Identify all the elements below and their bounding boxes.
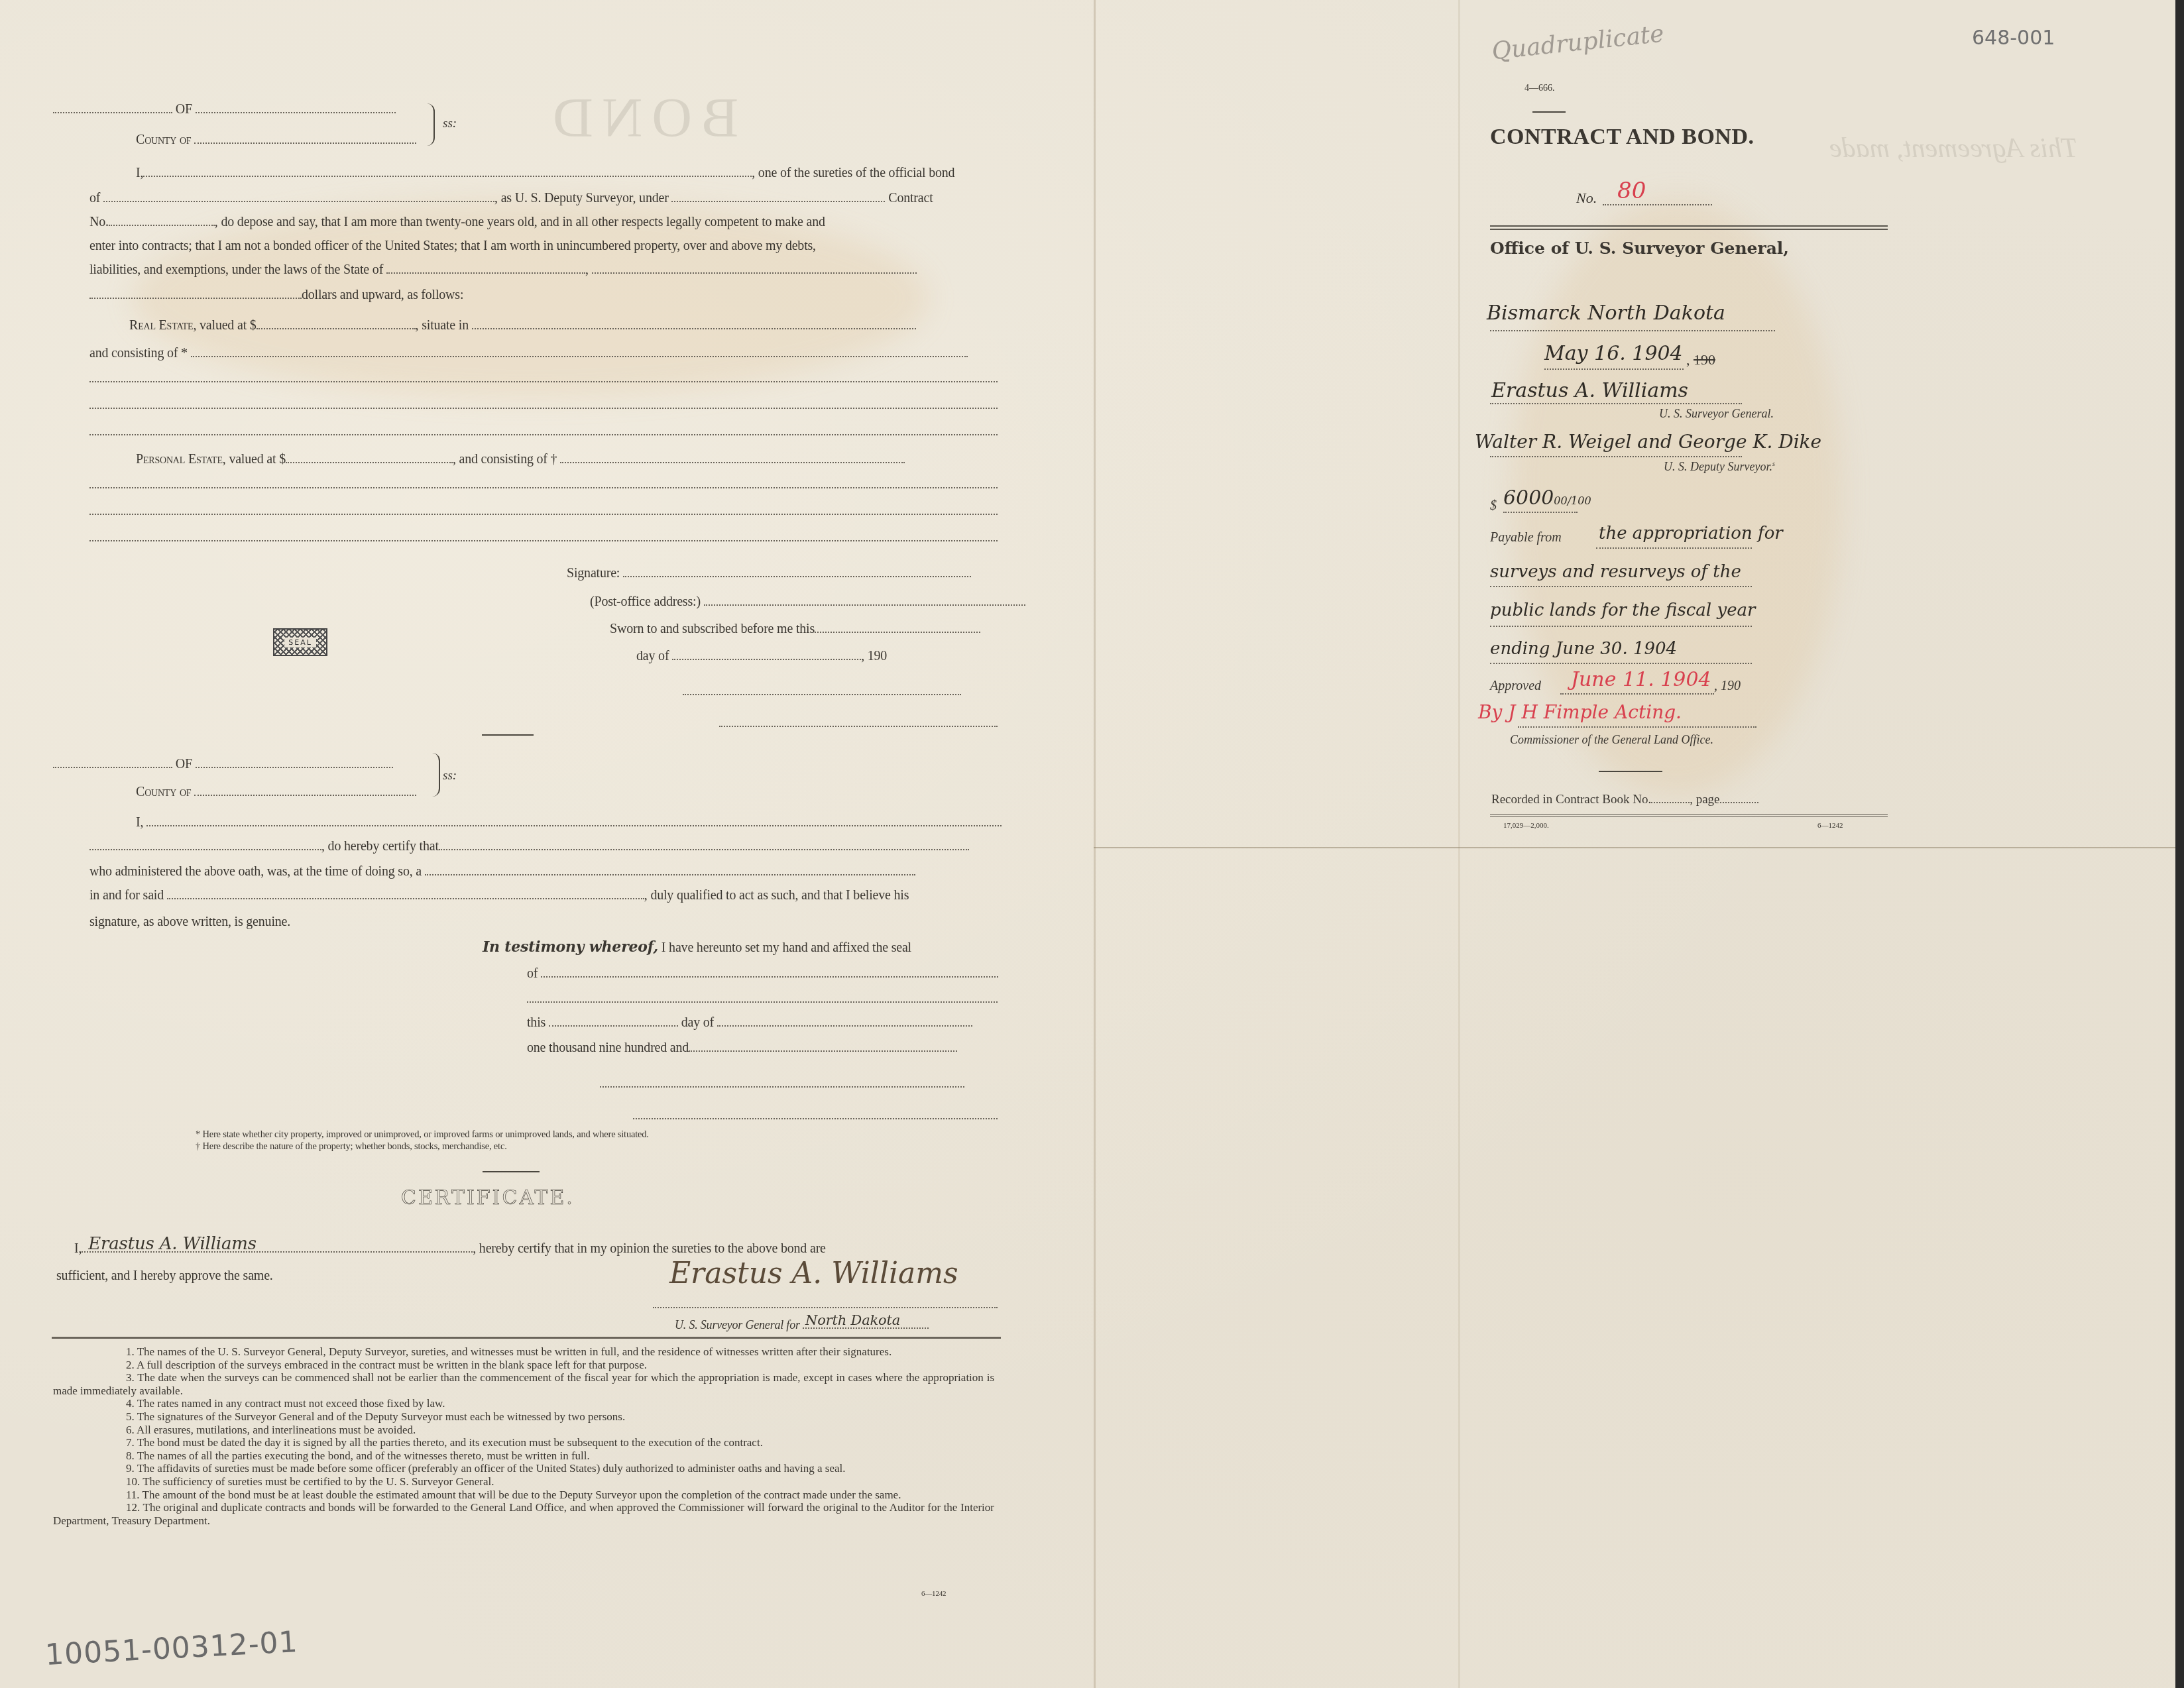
payable-field xyxy=(1490,626,1752,627)
cert-line-1: I, xyxy=(136,814,1002,831)
amount-field xyxy=(1503,512,1578,513)
surveyor-general-signature: Erastus A. Williams xyxy=(669,1257,958,1290)
number-field xyxy=(1603,204,1712,205)
amount-symbol: $ xyxy=(1490,498,1497,514)
instruction-item: 12. The original and duplicate contracts… xyxy=(53,1501,994,1527)
blank-line xyxy=(527,990,998,1007)
footnote-real-estate: * Here state whether city property, impr… xyxy=(196,1129,649,1141)
divider xyxy=(1532,111,1566,113)
instruction-item: 1. The names of the U. S. Surveyor Gener… xyxy=(53,1345,994,1359)
handwritten-location: Bismarck North Dakota xyxy=(1487,302,1725,325)
certificate-line-1: I,Erastus A. Williams, hereby certify th… xyxy=(74,1238,826,1257)
divider xyxy=(482,734,534,736)
double-rule xyxy=(1490,814,1888,817)
double-rule xyxy=(1490,225,1888,230)
ss-label: ss: xyxy=(443,117,457,131)
ss-label: ss: xyxy=(443,769,457,783)
recorded-line: Recorded in Contract Book No., page xyxy=(1491,793,1758,807)
officer-signature-line xyxy=(683,683,961,700)
affidavit-line-2: of , as U. S. Deputy Surveyor, under Con… xyxy=(89,190,933,207)
instruction-item: 3. The date when the surveys can be comm… xyxy=(53,1371,994,1397)
cert-venue-state-line: OF xyxy=(53,756,393,773)
signature-rule xyxy=(653,1296,998,1313)
approval-date-field xyxy=(1560,693,1714,695)
payable-field xyxy=(1490,586,1752,587)
handwritten-amount: 600000/100 xyxy=(1503,486,1591,510)
divider xyxy=(52,1337,1001,1339)
certificate-line-2: sufficient, and I hereby approve the sam… xyxy=(56,1267,273,1284)
blank-line xyxy=(89,529,998,546)
affidavit-line-5: liabilities, and exemptions, under the l… xyxy=(89,261,917,278)
handwritten-state: North Dakota xyxy=(805,1312,900,1329)
brace xyxy=(426,103,435,146)
location-field xyxy=(1490,330,1775,331)
sworn-line: Sworn to and subscribed before me this xyxy=(610,620,980,638)
instructions-list: 1. The names of the U. S. Surveyor Gener… xyxy=(53,1345,994,1527)
handwritten-payable-line: public lands for the fiscal year xyxy=(1490,600,1755,620)
testimony-year-line: one thousand nine hundred and xyxy=(527,1039,957,1056)
officer-signature-line xyxy=(600,1075,964,1092)
cert-line-3: who administered the above oath, was, at… xyxy=(89,863,915,880)
deputy-field xyxy=(1490,456,1742,457)
testimony-of-line: of xyxy=(527,965,998,982)
divider xyxy=(1599,771,1662,772)
handwritten-contract-date: May 16. 1904 xyxy=(1544,342,1683,365)
handwritten-approval-date: June 11. 1904 xyxy=(1571,668,1711,691)
real-estate-line: Real Estate, valued at $, situate in xyxy=(129,317,916,334)
personal-estate-line: Personal Estate, valued at $, and consis… xyxy=(136,451,905,468)
cert-venue-county-line: County of xyxy=(136,783,416,801)
approved-year: , 190 xyxy=(1714,679,1741,694)
real-consisting-line: and consisting of * xyxy=(89,345,968,362)
cert-line-2: , do hereby certify that xyxy=(89,838,969,855)
affidavit-line-1: I,, one of the sureties of the official … xyxy=(136,164,954,182)
affidavit-line-6: dollars and upward, as follows: xyxy=(89,286,463,304)
affidavit-line-4: enter into contracts; that I am not a bo… xyxy=(89,237,816,254)
bleedthrough-text: This Agreement, made xyxy=(1829,133,2077,164)
pencil-note-quadruplicate: Quadruplicate xyxy=(1491,20,1666,65)
surveyor-general-label: U. S. Surveyor General. xyxy=(1659,407,1774,421)
sworn-date-line: day of , 190 xyxy=(636,647,887,665)
instruction-item: 8. The names of all the parties executin… xyxy=(53,1449,994,1463)
seal-stamp: SEAL xyxy=(273,628,327,656)
surveyor-general-field xyxy=(1490,403,1742,404)
instruction-item: 2. A full description of the surveys emb… xyxy=(53,1359,994,1372)
testimony-line: In testimony whereof, I have hereunto se… xyxy=(483,938,911,956)
certificate-title-line: U. S. Surveyor General for North Dakota xyxy=(675,1316,929,1333)
payable-label: Payable from xyxy=(1490,530,1562,545)
divider xyxy=(483,1171,540,1172)
post-office-line: (Post-office address:) xyxy=(590,593,1025,610)
blank-line xyxy=(89,370,998,387)
instruction-item: 6. All erasures, mutilations, and interl… xyxy=(53,1424,994,1437)
officer-title-line xyxy=(719,714,998,732)
contract-number: 80 xyxy=(1617,178,1646,204)
blank-line xyxy=(89,502,998,520)
payable-field xyxy=(1596,547,1752,549)
date-field xyxy=(1544,368,1684,370)
contract-cover-page: This Agreement, made Quadruplicate 648-0… xyxy=(1094,0,2175,1688)
brace xyxy=(431,753,440,797)
bond-page: BOND OF County of ss: I,, one of the sur… xyxy=(0,0,1094,1688)
payable-field xyxy=(1490,663,1752,664)
bleedthrough-title: BOND xyxy=(544,86,738,150)
blank-line xyxy=(89,476,998,493)
form-number: 6—1242 xyxy=(921,1585,946,1603)
cert-line-4: in and for said , duly qualified to act … xyxy=(89,887,909,904)
footnote-personal-estate: † Here describe the nature of the proper… xyxy=(196,1141,507,1153)
blank-line xyxy=(89,396,998,414)
archive-id-annotation: 10051-00312-01 xyxy=(44,1625,299,1672)
handwritten-payable-line: surveys and resurveys of the xyxy=(1490,562,1741,582)
instruction-item: 7. The bond must be dated the day it is … xyxy=(53,1436,994,1449)
handwritten-payable-line: ending June 30. 1904 xyxy=(1490,639,1677,659)
print-code-right: 6—1242 xyxy=(1817,822,1843,830)
date-year-struck: , 190 xyxy=(1686,351,1715,368)
handwritten-name: Erastus A. Williams xyxy=(88,1235,257,1253)
instruction-item: 9. The affidavits of sureties must be ma… xyxy=(53,1462,994,1475)
deputy-label: U. S. Deputy Surveyor.s xyxy=(1664,460,1775,474)
instruction-item: 4. The rates named in any contract must … xyxy=(53,1397,994,1410)
document-scan: BOND OF County of ss: I,, one of the sur… xyxy=(0,0,2175,1688)
venue-county-line: County of xyxy=(136,131,416,148)
affidavit-line-3: No., do depose and say, that I am more t… xyxy=(89,213,825,231)
handwritten-approver-signature: By J H Fimple Acting. xyxy=(1478,701,1682,723)
handwritten-payable-line: the appropriation for xyxy=(1599,524,1783,543)
signature-line: Signature: xyxy=(567,565,971,582)
officer-title-line xyxy=(633,1107,998,1124)
cert-line-5: signature, as above written, is genuine. xyxy=(89,913,290,930)
office-label: Office of U. S. Surveyor General, xyxy=(1490,239,1789,258)
testimony-day-line: this day of xyxy=(527,1014,972,1031)
instruction-item: 11. The amount of the bond must be at le… xyxy=(53,1489,994,1502)
certificate-title: CERTIFICATE. xyxy=(401,1186,575,1210)
print-code-left: 17,029—2,000. xyxy=(1503,822,1549,830)
handwritten-surveyor-general: Erastus A. Williams xyxy=(1491,379,1688,402)
document-title: CONTRACT AND BOND. xyxy=(1490,125,1754,150)
approved-label: Approved xyxy=(1490,679,1541,694)
approver-field xyxy=(1518,726,1756,728)
instruction-item: 5. The signatures of the Surveyor Genera… xyxy=(53,1410,994,1424)
folder-number-annotation: 648-001 xyxy=(1972,27,2055,50)
handwritten-deputy-surveyors: Walter R. Weigel and George K. Dike xyxy=(1475,431,1821,453)
approver-title: Commissioner of the General Land Office. xyxy=(1510,733,1713,747)
form-code: 4—666. xyxy=(1524,84,1555,94)
blank-line xyxy=(89,423,998,440)
number-label: No. xyxy=(1576,190,1597,207)
instruction-item: 10. The sufficiency of sureties must be … xyxy=(53,1475,994,1489)
venue-state-line: OF xyxy=(53,101,396,118)
